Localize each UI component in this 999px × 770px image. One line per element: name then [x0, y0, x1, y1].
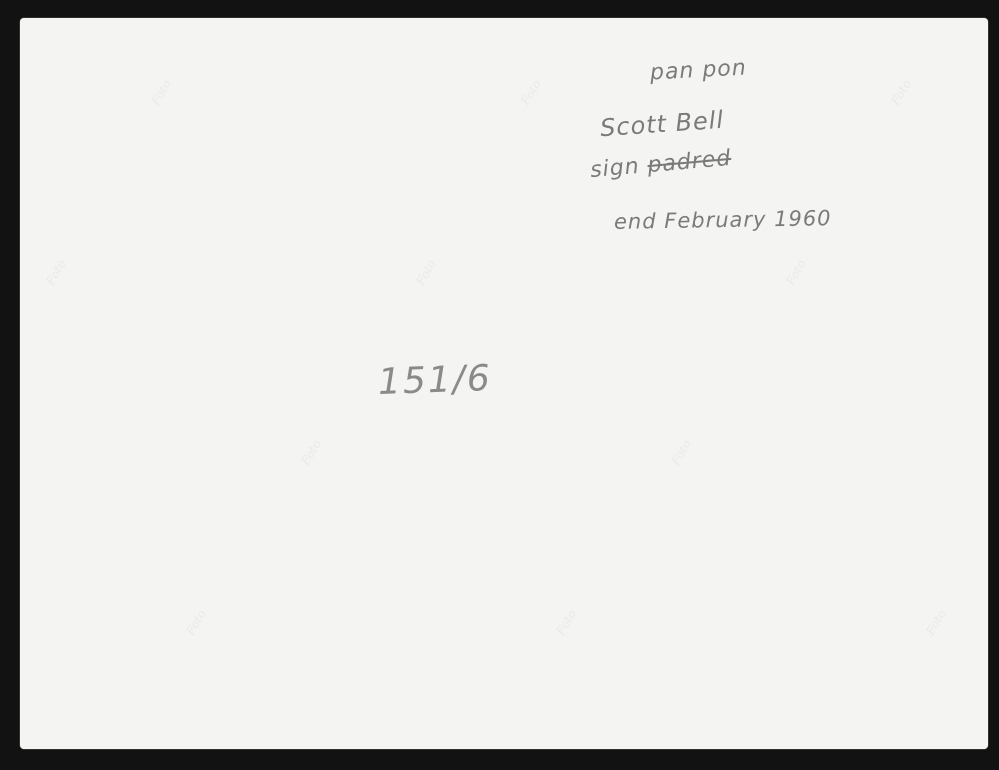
watermark-stamp: Foto	[300, 438, 349, 482]
photo-back-paper: FotoFotoFotoFotoFotoFotoFotoFotoFotoFoto…	[20, 18, 988, 749]
watermark-stamp: Foto	[150, 78, 199, 122]
watermark-stamp: Foto	[520, 78, 569, 122]
annotation-line-3-prefix: sign	[589, 153, 648, 183]
watermark-stamp: Foto	[670, 438, 719, 482]
watermark-stamp: Foto	[555, 608, 604, 652]
watermark-stamp: Foto	[785, 258, 834, 302]
watermark-stamp: Foto	[45, 258, 94, 302]
catalog-number: 151/6	[377, 358, 492, 403]
scanned-document: FotoFotoFotoFotoFotoFotoFotoFotoFotoFoto…	[0, 0, 999, 770]
annotation-date: end February 1960	[614, 206, 832, 234]
annotation-line-1: pan pon	[649, 55, 747, 85]
watermark-stamp: Foto	[890, 78, 939, 122]
watermark-stamp: Foto	[925, 608, 974, 652]
watermark-stamp: Foto	[415, 258, 464, 302]
watermark-stamp: Foto	[185, 608, 234, 652]
